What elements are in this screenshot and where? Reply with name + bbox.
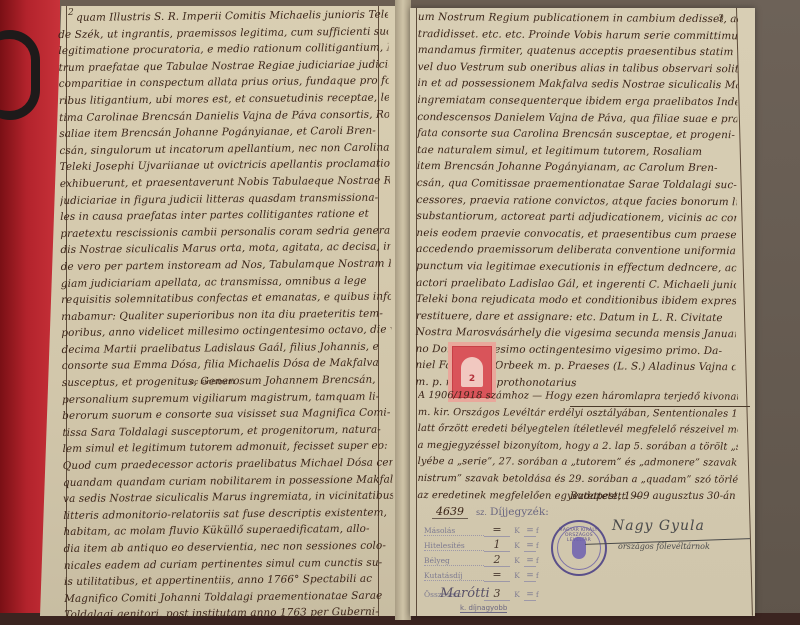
fee-unit: K — [510, 541, 524, 550]
text-line: accedendo praemissorum deliberata conven… — [416, 241, 736, 260]
text-line: mandamus firmiter, quatenus acceptis pra… — [418, 42, 738, 61]
fee-clerk-signature: Marótti — [440, 586, 490, 601]
fee-suffix: f — [536, 557, 546, 565]
fee-row: Hitelesítés 1 K = f — [424, 538, 554, 553]
fee-suffix: f — [536, 572, 546, 580]
text-line: Toldalagi genitori, post institutam anno… — [64, 604, 394, 624]
text-line: ingremiatam consequenterque ibidem erga … — [417, 92, 737, 111]
cert-line: nistrum” szavak betoldása és 29. sorában… — [417, 471, 737, 489]
fee-amount: = — [484, 523, 510, 537]
fee-label: Hitelesítés — [424, 541, 484, 551]
black-strap — [0, 30, 40, 120]
fee-suffix: f — [536, 591, 546, 599]
text-line: fata consorte sua Carolina Brencsán susc… — [417, 125, 737, 144]
fee-unit: K — [510, 556, 524, 565]
fee-reference-number: 4639 — [432, 505, 468, 519]
fee-amount: 2 — [484, 553, 510, 567]
fee-label: Bélyeg — [424, 556, 484, 566]
text-line: substantiorum, actoreat parti adjudicati… — [416, 208, 736, 227]
fee-suffix: f — [536, 542, 546, 550]
fee-label: Kutatásdíj — [424, 571, 484, 581]
fee-amount: = — [484, 568, 510, 582]
certification-text: A 1906/1918 számhoz — Hogy ezen háromlap… — [417, 388, 738, 506]
fee-row: Kutatásdíj = K = f — [424, 568, 554, 583]
fee-label: Másolás — [424, 526, 484, 536]
text-line: um Nostrum Regium publicationem in cambi… — [418, 9, 738, 28]
fee-row: Bélyeg 2 K = f — [424, 553, 554, 568]
cert-line: A 1906/1918 számhoz — Hogy ezen háromlap… — [418, 388, 738, 406]
left-page-handwritten-text: quam Illustris S. R. Imperii Comitis Mic… — [58, 7, 394, 624]
cert-line: lyébe a „serie”, 27. sorában a „tutorem”… — [418, 454, 738, 472]
fee-row: Másolás = K = f — [424, 523, 554, 538]
fee-suffix: f — [536, 527, 546, 535]
right-page-handwritten-text: um Nostrum Regium publicationem in cambi… — [415, 9, 738, 393]
interlinear-note: ac sinistram — [190, 378, 235, 386]
fee-unit: K — [510, 590, 524, 599]
fee-table-header: 4639 sz. Díjjegyzék: — [424, 505, 554, 523]
archive-seal: MAGYAR KIRÁLYI ORSZÁGOS LEVÉLTÁR — [551, 520, 607, 576]
text-line: punctum via legitimae executionis in eff… — [416, 258, 736, 277]
fee-filler: = — [524, 571, 536, 582]
fee-clerk-title: k. díjnagyobb — [460, 604, 507, 613]
fee-filler: = — [524, 541, 536, 552]
official-signature: Nagy Gyula — [612, 518, 705, 534]
official-title: országos főlevéltárnok — [618, 542, 710, 551]
right-margin-line — [736, 8, 753, 616]
fee-unit: K — [510, 526, 524, 535]
text-line: csán, qua Comitissae praementionatae Sar… — [417, 175, 737, 194]
fee-table-title: Díjjegyzék: — [490, 506, 549, 518]
fee-filler: = — [524, 526, 536, 537]
text-line: Teleki bona rejudicata modo et condition… — [416, 291, 736, 310]
fee-amount: 1 — [484, 538, 510, 552]
cert-line: latt őrzött eredeti bélyegtelen ítéletle… — [418, 421, 738, 439]
text-line: Nostra Marosvásárhely die vigesima secun… — [416, 324, 736, 343]
cert-line: m. kir. Országos Levéltár erdélyi osztál… — [418, 405, 738, 423]
stamp-value: 2 — [461, 357, 483, 387]
fee-unit: K — [510, 571, 524, 580]
fee-filler: = — [524, 556, 536, 567]
coat-of-arms-icon — [572, 537, 586, 559]
book-gutter — [395, 0, 411, 620]
fee-number-suffix: sz. — [476, 508, 487, 517]
certification-date: Budapest, 1909 augusztus 30-án — [570, 491, 736, 502]
fee-filler: = — [524, 590, 536, 601]
cert-line: a megjegyzéssel bizonyítom, hogy a 2. la… — [418, 438, 738, 456]
